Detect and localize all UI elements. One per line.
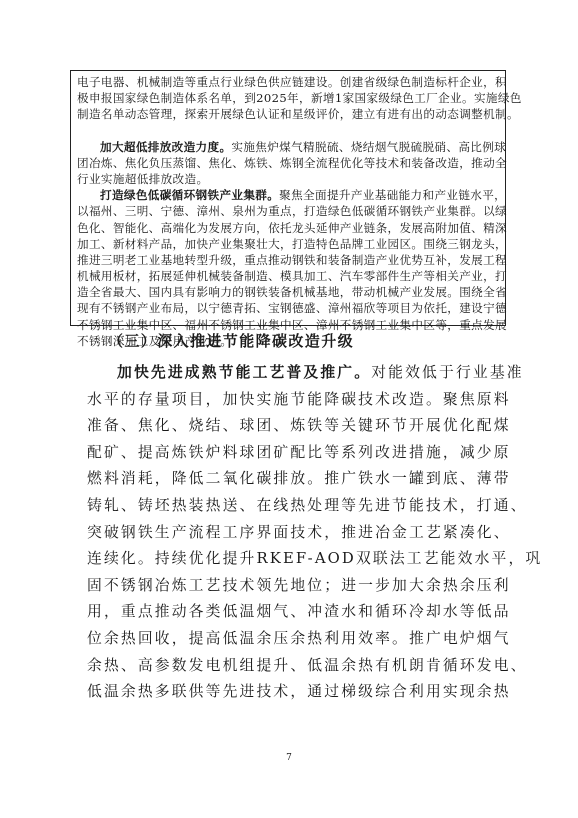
box-p3-line: 机械用板材，拓展延伸机械装备制造、模具加工、汽车零部件生产等相关产业，打 [77, 268, 499, 284]
box-p2-first-line: 加大超低排放改造力度。实施焦炉煤气精脱硫、烧结烟气脱硫脱硝、高比例球 [77, 139, 499, 155]
box-p3-line: 以福州、三明、宁德、漳州、泉州为重点，打造绿色低碳循环钢铁产业集群。以绿 [77, 203, 499, 219]
body-bold-lead: 加快先进成熟节能工艺普及推广。 [117, 364, 371, 381]
box-p3-line: 现有不锈钢产业布局，以宁德青拓、宝钢德盛、漳州福欣等项目为依托，建设宁德 [77, 300, 499, 316]
paragraph-gap [77, 123, 499, 139]
box-p2-line-rest: 实施焦炉煤气精脱硫、烧结烟气脱硫脱硝、高比例球 [231, 140, 506, 154]
box-p2-line: 团冶炼、焦化负压蒸馏、焦化、炼铁、炼钢全流程优化等技术和装备改造，推动全 [77, 155, 499, 171]
box-p3-line-rest: 聚焦全面提升产业基础能力和产业链水平， [279, 188, 506, 202]
body-line: 配矿、提高炼铁炉料球团矿配比等系列改进措施，减少原 [87, 440, 507, 467]
box-p1-line: 制造名单动态管理，探索开展绿色认证和星级评价，建立有进有出的动态调整机制。 [77, 106, 499, 122]
section-body: 加快先进成熟节能工艺普及推广。对能效低于行业基准 水平的存量项目，加快实施节能降… [87, 360, 507, 706]
body-line: 准备、焦化、烧结、球团、炼铁等关键环节开展优化配煤 [87, 413, 507, 440]
body-line: 用，重点推动各类低温烟气、冲渣水和循环冷却水等低品 [87, 599, 507, 626]
document-page: 电子电器、机械制造等重点行业绿色供应链建设。创建省级绿色制造标杆企业，积 极申报… [0, 0, 578, 818]
body-first-line: 加快先进成熟节能工艺普及推广。对能效低于行业基准 [87, 360, 507, 387]
box-p2-line: 行业实施超低排放改造。 [77, 171, 499, 187]
body-line: 燃料消耗，降低二氧化碳排放。推广铁水一罐到底、薄带 [87, 466, 507, 493]
box-p3-line: 推进三明老工业基地转型升级，重点推动钢铁和装备制造产业优势互补，发展工程 [77, 252, 499, 268]
box-p1-line: 极申报国家绿色制造体系名单，到2025年，新增1家国家级绿色工厂企业。实施绿色 [77, 90, 499, 106]
page-number: 7 [0, 753, 578, 763]
body-line: 连续化。持续优化提升RKEF-AOD双联法工艺能效水平，巩 [87, 546, 507, 573]
box-p3-line: 造全省最大、国内具有影响力的钢铁装备机械基地，带动机械产业发展。围绕全省 [77, 284, 499, 300]
box-p3-line: 色化、智能化、高端化为发展方向，依托龙头延伸产业链条，发展高附加值、精深 [77, 220, 499, 236]
body-line-rest: 对能效低于行业基准 [371, 364, 524, 381]
body-line: 突破钢铁生产流程工序界面技术，推进冶金工艺紧凑化、 [87, 520, 507, 547]
box-p2-bold-lead: 加大超低排放改造力度。 [100, 140, 231, 154]
body-line: 位余热回收，提高低温余压余热利用效率。推广电炉烟气 [87, 626, 507, 653]
body-line: 固不锈钢冶炼工艺技术领先地位；进一步加大余热余压利 [87, 573, 507, 600]
body-line: 水平的存量项目，加快实施节能降碳技术改造。聚焦原料 [87, 387, 507, 414]
box-p3-line: 加工、新材料产品，加快产业集聚壮大，打造特色品牌工业园区。围绕三钢龙头， [77, 236, 499, 252]
body-line: 余热、高参数发电机组提升、低温余热有机朗肯循环发电、 [87, 653, 507, 680]
section-heading: （三）深入推进节能降碳改造升级 [108, 330, 354, 351]
body-line: 铸轧、铸坯热装热送、在线热处理等先进节能技术，打通、 [87, 493, 507, 520]
body-line: 低温余热多联供等先进技术，通过梯级综合利用实现余热 [87, 679, 507, 706]
box-p1-line: 电子电器、机械制造等重点行业绿色供应链建设。创建省级绿色制造标杆企业，积 [77, 74, 499, 90]
box-p3-first-line: 打造绿色低碳循环钢铁产业集群。聚焦全面提升产业基础能力和产业链水平， [77, 187, 499, 203]
boxed-text-panel: 电子电器、机械制造等重点行业绿色供应链建设。创建省级绿色制造标杆企业，积 极申报… [70, 70, 506, 326]
box-p3-bold-lead: 打造绿色低碳循环钢铁产业集群。 [100, 188, 279, 202]
